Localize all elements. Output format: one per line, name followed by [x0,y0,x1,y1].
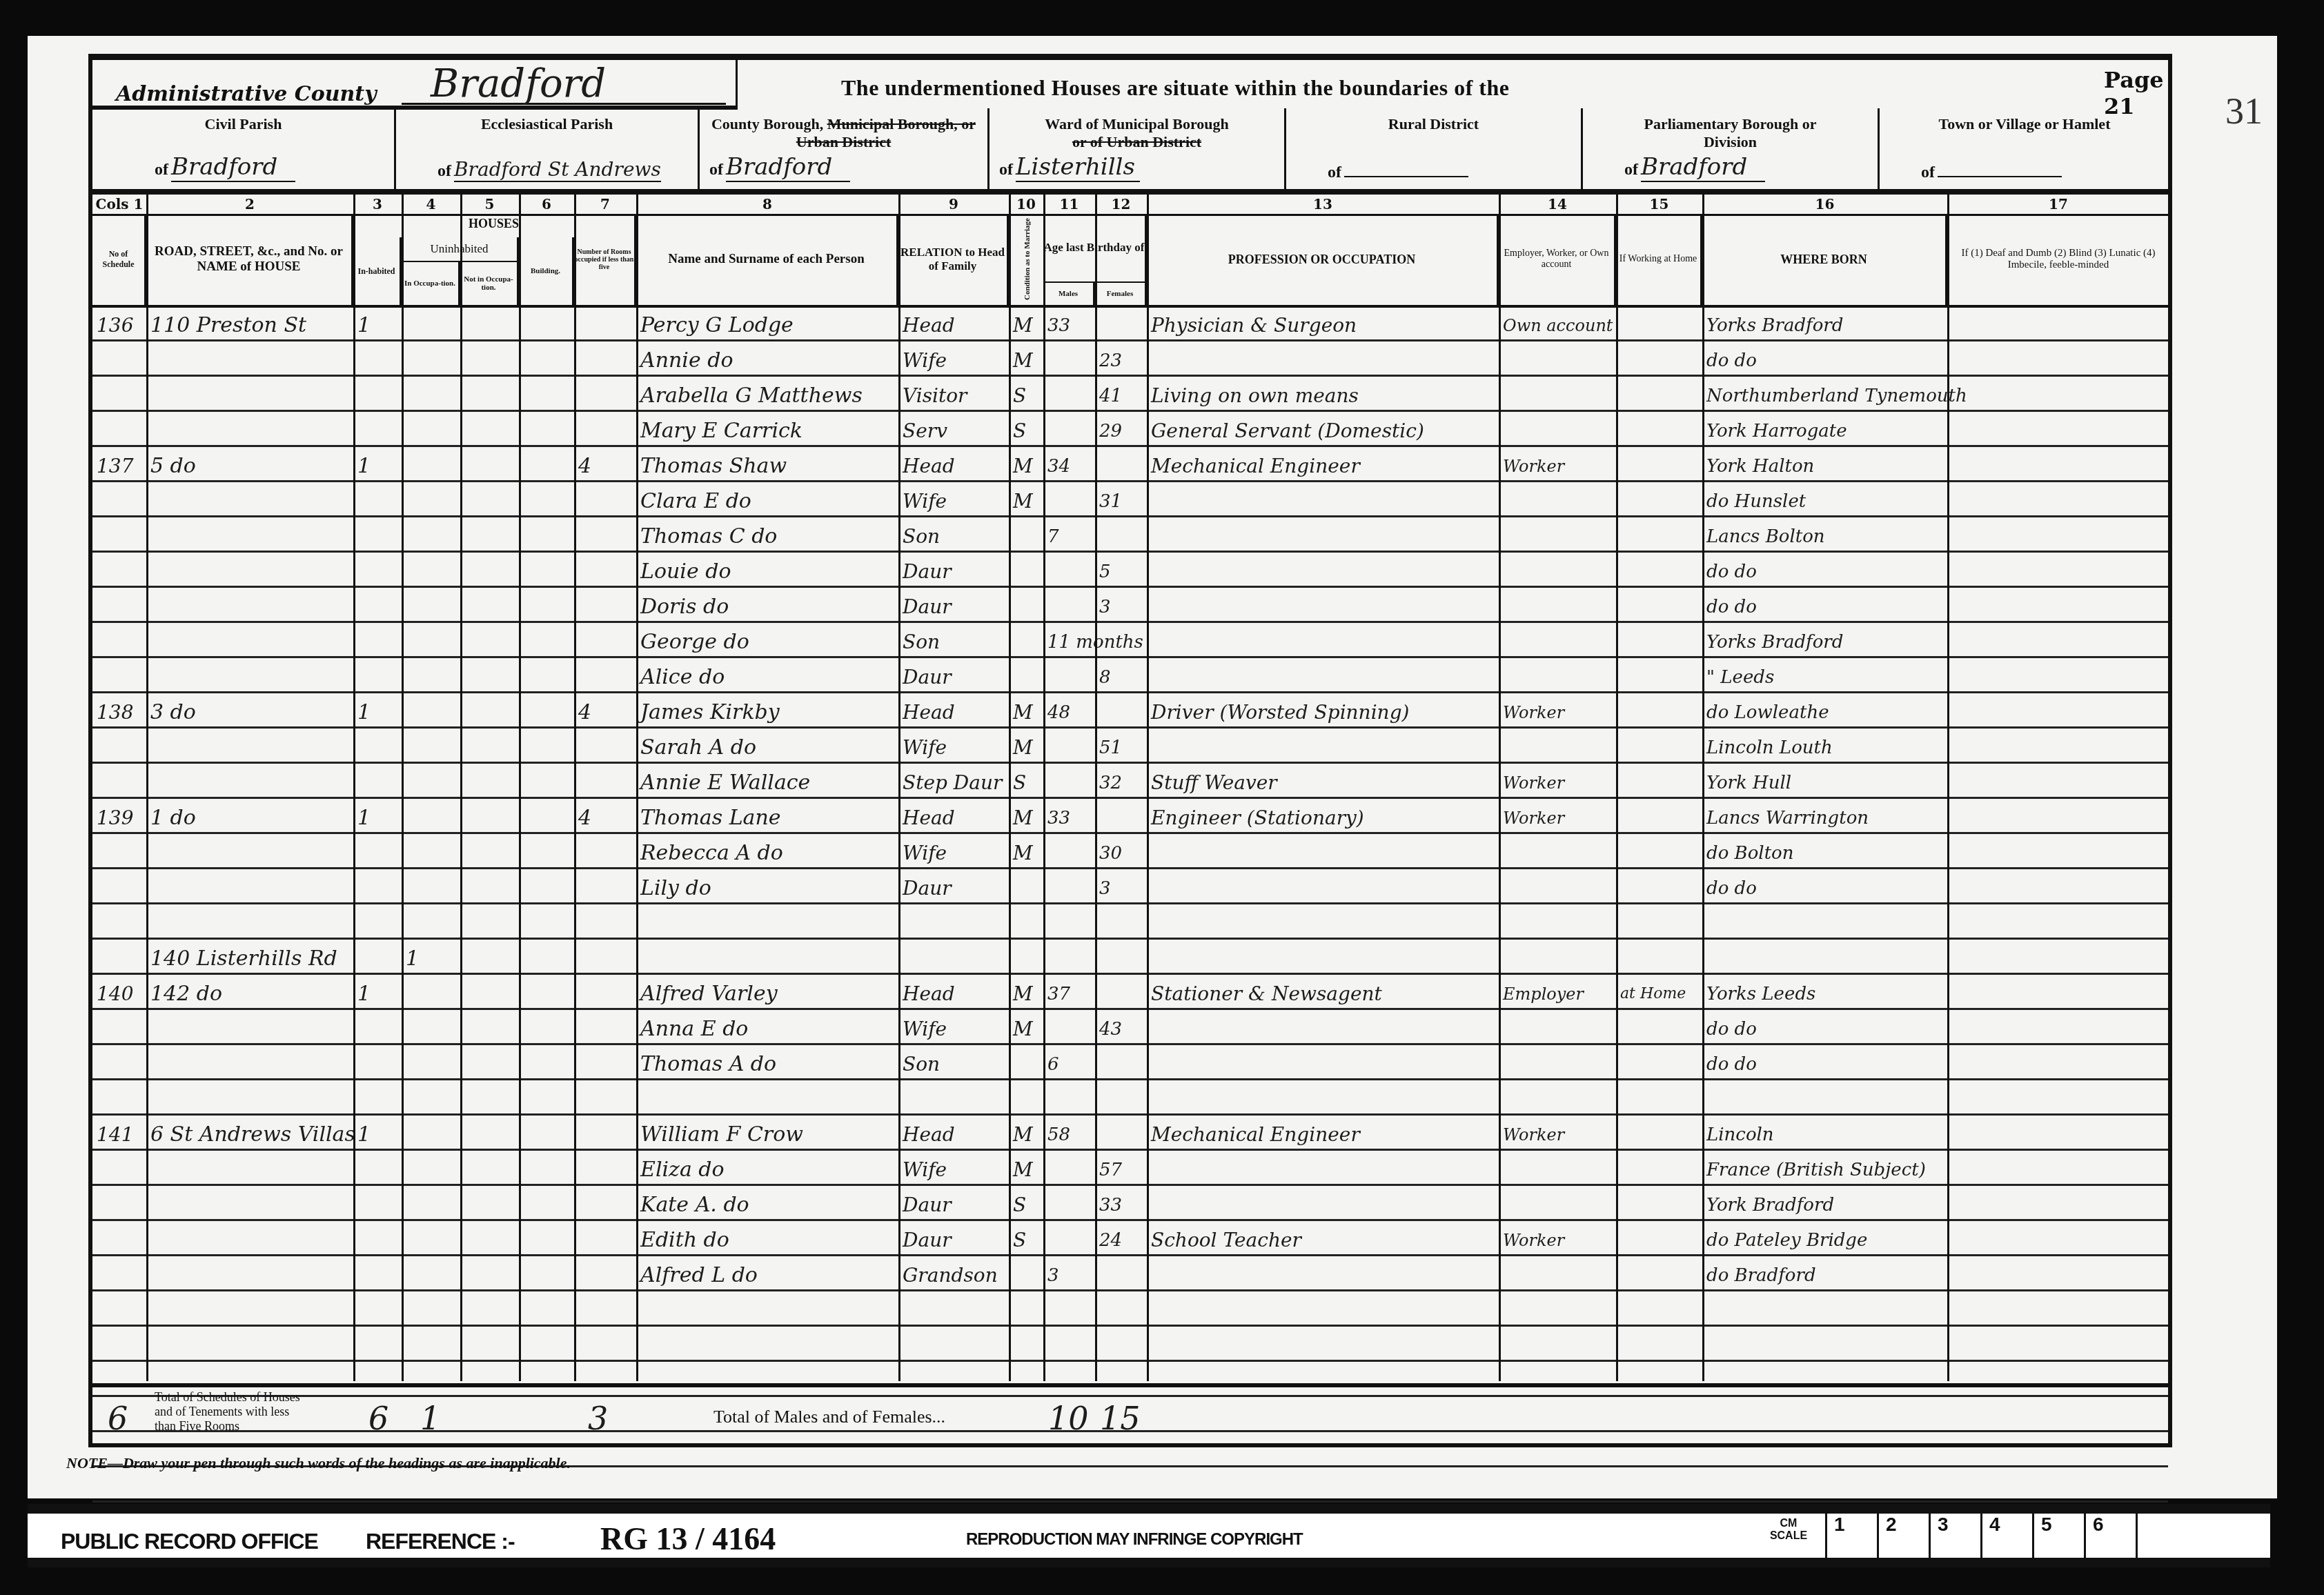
total-inhabited: 6 [368,1400,388,1437]
cell-at-home [1616,658,1702,691]
cell-uninhabited [402,447,460,480]
cell-at-home [1616,447,1702,480]
header-females: Females [1095,283,1147,305]
cell-road [146,588,353,621]
header-inhabited: In-habited [353,237,402,305]
cell-rooms [574,1116,636,1149]
cell-born: do Hunslet [1702,482,1947,515]
column-number: 10 [1009,195,1043,214]
cell-inhabited [353,341,402,375]
cell-schedule [92,341,146,375]
cell-relation: Head [898,1116,1009,1149]
cell-condition: M [1009,447,1043,480]
column-number: 16 [1702,195,1947,214]
cell-condition [1009,1256,1043,1289]
cell-inhabited [353,412,402,445]
cell-born: do do [1702,341,1947,375]
cell-at-home [1616,517,1702,551]
cell-occupation: Physician & Surgeon [1147,306,1499,339]
cell-born [1702,940,1947,973]
district-value: ofBradford [1624,153,1765,182]
column-number: 15 [1616,195,1702,214]
grid-line [1009,195,1011,1381]
scale-mark: 1 [1825,1514,1877,1558]
cell-employer [1499,869,1616,902]
cell-born: Lincoln Louth [1702,729,1947,762]
cell-occupation [1147,834,1499,867]
ecclesiastical-parish-value: Bradford St Andrews [454,158,661,182]
of-label: of [1624,161,1638,179]
cell-inhabited [353,517,402,551]
grid-line [636,195,638,1381]
civil-parish-value: Bradford [171,153,295,182]
cell-male-age: 11 months [1043,623,1095,656]
cell-road [146,623,353,656]
cell-uninhabited [402,377,460,410]
total-females: 15 [1100,1400,1141,1437]
cell-rooms [574,658,636,691]
cell-relation: Wife [898,729,1009,762]
county-borough-label: County Borough, [711,115,823,132]
table-row: Mary E CarrickServS29General Servant (Do… [92,412,2168,447]
cell-employer: Worker [1499,447,1616,480]
cell-employer [1499,341,1616,375]
folio-number: 31 [2225,90,2263,132]
cell-condition: S [1009,1186,1043,1219]
cell-rooms [574,1221,636,1254]
cell-relation: Step Daur [898,764,1009,797]
scale-mark: 2 [1877,1514,1929,1558]
cell-schedule [92,482,146,515]
cell-relation: Son [898,517,1009,551]
cell-occupation: Engineer (Stationary) [1147,799,1499,832]
cell-condition: S [1009,377,1043,410]
cell-relation: Daur [898,658,1009,691]
parliamentary-value: Bradford [1641,153,1765,182]
cell-road [146,377,353,410]
cell-uninhabited [402,1256,460,1289]
cell-uninhabited [402,341,460,375]
town-value [1938,176,2062,177]
table-row: Thomas A doSon6do do [92,1045,2168,1080]
cell-occupation: Stationer & Newsagent [1147,975,1499,1008]
cell-inhabited [353,764,402,797]
cell-occupation [1147,1151,1499,1184]
district-value: of [1328,164,1468,182]
cell-male-age: 48 [1043,693,1095,726]
column-number: 13 [1147,195,1499,214]
header-males: Males [1043,283,1095,305]
cell-rooms [574,1256,636,1289]
record-office-footer: PUBLIC RECORD OFFICE REFERENCE :- RG 13 … [28,1504,2270,1567]
grid-line [898,195,900,1381]
cell-name: Eliza do [636,1151,898,1184]
ward-value: Listerhills [1016,153,1140,182]
header-schedule: No of Schedule [92,214,146,305]
cell-employer [1499,834,1616,867]
cell-male-age [1043,1221,1095,1254]
cell-schedule [92,1010,146,1043]
cell-relation: Daur [898,1221,1009,1254]
header-relation: RELATION to Head of Family [898,214,1009,305]
column-number: 12 [1095,195,1147,214]
cell-schedule [92,553,146,586]
of-label: of [709,161,723,179]
cell-at-home [1616,482,1702,515]
cell-rooms [574,412,636,445]
cell-road: 1 do [146,799,353,832]
cell-schedule [92,658,146,691]
cell-uninhabited [402,412,460,445]
district-value: ofBradford [709,153,850,182]
cell-schedule [92,729,146,762]
cell-born: do do [1702,588,1947,621]
census-form: Administrative County Bradford The under… [88,54,2172,1447]
cell-female-age: 51 [1095,729,1147,762]
cell-occupation [1147,869,1499,902]
cell-relation: Head [898,799,1009,832]
cell-inhabited [353,729,402,762]
cell-at-home [1616,1151,1702,1184]
cell-at-home [1616,412,1702,445]
cell-occupation [1147,517,1499,551]
cell-female-age: 24 [1095,1221,1147,1254]
cell-male-age: 3 [1043,1256,1095,1289]
cell-occupation [1147,1010,1499,1043]
cell-road: 6 St Andrews Villas [146,1116,353,1149]
district-label: Ecclesiastical Parish [396,115,698,133]
cell-inhabited [353,904,402,938]
cell-female-age: 5 [1095,553,1147,586]
cell-at-home [1616,1045,1702,1078]
district-value: ofBradford [155,153,295,182]
cell-condition: M [1009,341,1043,375]
cell-name: Rebecca A do [636,834,898,867]
cell-uninhabited [402,1010,460,1043]
cell-relation [898,904,1009,938]
cell-schedule: 141 [92,1116,146,1149]
cell-rooms: 4 [574,447,636,480]
cell-employer [1499,1151,1616,1184]
cell-name: Edith do [636,1221,898,1254]
cell-at-home [1616,1186,1702,1219]
cell-inhabited [353,869,402,902]
cell-schedule [92,764,146,797]
cell-road: 110 Preston St [146,306,353,339]
cell-road [146,553,353,586]
cell-employer [1499,588,1616,621]
grid-line [1095,195,1097,1381]
cell-male-age [1043,1151,1095,1184]
cell-schedule: 139 [92,799,146,832]
cell-born: do Bolton [1702,834,1947,867]
cell-born: do do [1702,1010,1947,1043]
cell-occupation: Mechanical Engineer [1147,447,1499,480]
scale-mark: 4 [1980,1514,2032,1558]
grid-line [1499,195,1501,1381]
cell-inhabited [353,658,402,691]
cell-rooms [574,517,636,551]
cell-uninhabited [402,1221,460,1254]
table-row: Anna E doWifeM43do do [92,1010,2168,1045]
cell-inhabited [353,1221,402,1254]
cell-uninhabited [402,1186,460,1219]
district-label: Civil Parish [92,115,394,133]
cell-employer [1499,623,1616,656]
cm-scale: 123456 [1825,1514,2187,1558]
district-parliamentary: Parliamentary Borough or Division ofBrad… [1583,108,1880,189]
cell-name: Anna E do [636,1010,898,1043]
cell-employer [1499,412,1616,445]
cell-female-age: 30 [1095,834,1147,867]
cell-schedule [92,517,146,551]
cell-male-age [1043,834,1095,867]
scale-mark: 3 [1929,1514,1980,1558]
rural-district-value [1344,176,1468,177]
table-row [92,1291,2168,1327]
cell-female-age [1095,1256,1147,1289]
column-number: 9 [898,195,1009,214]
cell-rooms [574,588,636,621]
district-label: Town or Village or Hamlet [1880,115,2169,133]
cell-condition: M [1009,1010,1043,1043]
cell-male-age [1043,869,1095,902]
scale-mark-end [2136,1514,2187,1558]
reference-number: RG 13 / 4164 [600,1520,776,1557]
cell-born: do do [1702,553,1947,586]
header-employer: Employer, Worker, or Own account [1499,214,1616,305]
cell-name: Clara E do [636,482,898,515]
cell-employer [1499,1045,1616,1078]
table-row: 140 Listerhills Rd1 [92,940,2168,975]
cell-at-home [1616,1116,1702,1149]
cell-at-home [1616,1010,1702,1043]
struck-label: Municipal Borough, or Urban District [796,115,976,150]
cell-male-age [1043,341,1095,375]
cell-born: Lancs Warrington [1702,799,1947,832]
cell-rooms [574,1010,636,1043]
district-value: ofBradford St Andrews [437,158,661,182]
cell-rooms [574,869,636,902]
cell-name: Thomas C do [636,517,898,551]
cell-inhabited [353,482,402,515]
cell-occupation: Living on own means [1147,377,1499,410]
cell-occupation [1147,729,1499,762]
column-number: 8 [636,195,898,214]
cell-male-age: 34 [1043,447,1095,480]
table-row [92,904,2168,940]
cell-name: James Kirkby [636,693,898,726]
cell-uninhabited [402,658,460,691]
table-row: 1375 do14Thomas ShawHeadM34Mechanical En… [92,447,2168,482]
cell-schedule [92,834,146,867]
column-number: 11 [1043,195,1095,214]
cell-male-age [1043,412,1095,445]
district-value: ofListerhills [999,153,1140,182]
cell-relation: Wife [898,834,1009,867]
cell-inhabited [353,1186,402,1219]
cell-relation [898,940,1009,973]
cell-road [146,1010,353,1043]
county-borough-value: Bradford [726,153,850,182]
cell-inhabited [353,834,402,867]
cell-employer: Worker [1499,799,1616,832]
cell-born: York Bradford [1702,1186,1947,1219]
cell-male-age: 6 [1043,1045,1095,1078]
cell-road: 142 do [146,975,353,1008]
header-occupation: PROFESSION OR OCCUPATION [1147,214,1499,305]
cell-uninhabited: 1 [402,940,460,973]
of-label: of [1328,164,1341,181]
cell-male-age: 33 [1043,799,1095,832]
column-number: 4 [402,195,460,214]
cell-name: Sarah A do [636,729,898,762]
grid-line [1616,195,1618,1381]
cell-road [146,869,353,902]
situate-text: The undermentioned Houses are situate wi… [841,75,1509,101]
cell-born: do do [1702,869,1947,902]
total-males-females-label: Total of Males and of Females... [713,1407,945,1427]
cell-relation: Wife [898,482,1009,515]
cell-male-age: 58 [1043,1116,1095,1149]
cell-employer: Employer [1499,975,1616,1008]
ward-label: Ward of Municipal Borough [1045,115,1229,132]
district-label: Ward of Municipal Boroughor of Urban Dis… [989,115,1284,151]
header-building: Building. [519,237,574,305]
cell-occupation: Mechanical Engineer [1147,1116,1499,1149]
cell-schedule [92,1256,146,1289]
cell-inhabited: 1 [353,306,402,339]
cell-occupation [1147,482,1499,515]
cell-at-home [1616,553,1702,586]
cell-uninhabited [402,1116,460,1149]
cell-condition [1009,869,1043,902]
cell-occupation [1147,341,1499,375]
cell-at-home [1616,377,1702,410]
cell-at-home [1616,588,1702,621]
cell-rooms [574,834,636,867]
cell-male-age [1043,729,1095,762]
cell-inhabited [353,1045,402,1078]
cell-relation: Head [898,306,1009,339]
table-row: Sarah A doWifeM51Lincoln Louth [92,729,2168,764]
cell-name: Annie do [636,341,898,375]
column-numbers: Cols 1234567891011121314151617 [92,195,2168,216]
cell-female-age [1095,1080,1147,1113]
table-row: Clara E doWifeM31do Hunslet [92,482,2168,517]
total-schedules: 6 [108,1400,128,1437]
cell-road [146,1221,353,1254]
cell-condition: M [1009,975,1043,1008]
cell-occupation [1147,623,1499,656]
cell-born: York Harrogate [1702,412,1947,445]
cell-schedule [92,1221,146,1254]
cell-relation: Daur [898,553,1009,586]
of-label: of [437,162,451,180]
cell-relation: Visitor [898,377,1009,410]
cell-occupation [1147,553,1499,586]
table-row: Eliza doWifeM57France (British Subject) [92,1151,2168,1186]
total-males: 10 [1048,1400,1089,1437]
cell-relation: Serv [898,412,1009,445]
form-header: Administrative County Bradford The under… [92,60,2168,108]
cell-uninhabited [402,517,460,551]
cell-name [636,904,898,938]
cell-rooms [574,553,636,586]
cell-rooms [574,1080,636,1113]
cell-at-home [1616,834,1702,867]
cell-born: Lancs Bolton [1702,517,1947,551]
cell-relation [898,1080,1009,1113]
cell-female-age: 41 [1095,377,1147,410]
cell-born: York Hull [1702,764,1947,797]
cell-condition [1009,623,1043,656]
administrative-county-value: Bradford [431,61,606,106]
cell-male-age: 37 [1043,975,1095,1008]
cell-rooms [574,904,636,938]
table-row: Louie doDaur5do do [92,553,2168,588]
cell-occupation [1147,940,1499,973]
table-row: 140142 do1Alfred VarleyHeadM37Stationer … [92,975,2168,1010]
cell-male-age [1043,658,1095,691]
cell-born: Yorks Bradford [1702,623,1947,656]
column-headers: No of Schedule ROAD, STREET, &c., and No… [92,214,2168,308]
cell-male-age [1043,940,1095,973]
cell-condition: M [1009,799,1043,832]
cell-inhabited [353,588,402,621]
cell-male-age [1043,482,1095,515]
cell-born: do Bradford [1702,1256,1947,1289]
cell-female-age: 29 [1095,412,1147,445]
cell-condition: M [1009,693,1043,726]
cell-name: Alice do [636,658,898,691]
district-label: Parliamentary Borough or Division [1641,115,1820,151]
cell-schedule [92,588,146,621]
cell-at-home [1616,729,1702,762]
cell-occupation [1147,1045,1499,1078]
cell-uninhabited [402,729,460,762]
cell-condition: M [1009,482,1043,515]
cell-male-age [1043,588,1095,621]
header-where-born: WHERE BORN [1702,214,1947,305]
cell-road: 140 Listerhills Rd [146,940,353,973]
of-label: of [999,161,1013,179]
cell-condition [1009,940,1043,973]
district-row: Civil Parish ofBradford Ecclesiastical P… [92,108,2168,195]
cell-employer [1499,658,1616,691]
totals-row: 6 Total of Schedules of Houses and of Te… [92,1383,2168,1454]
column-number: 5 [460,195,519,214]
cell-inhabited [353,1080,402,1113]
grid-line [519,195,521,1381]
cell-uninhabited [402,553,460,586]
cell-at-home [1616,1221,1702,1254]
district-town: Town or Village or Hamlet of [1880,108,2169,189]
cell-road [146,1151,353,1184]
cell-name: Mary E Carrick [636,412,898,445]
cell-employer [1499,1256,1616,1289]
reference-label: REFERENCE :- [366,1529,515,1554]
table-row: George doSon11 monthsYorks Bradford [92,623,2168,658]
district-label: County Borough, Municipal Borough, or Ur… [700,115,987,151]
cell-inhabited: 1 [353,693,402,726]
cell-employer [1499,1010,1616,1043]
header-road: ROAD, STREET, &c., and No. or NAME of HO… [146,214,353,305]
cell-road [146,517,353,551]
cell-uninhabited [402,306,460,339]
header-not-in-occupation: Not in Occupa-tion. [460,262,519,305]
table-row: 136110 Preston St1Percy G LodgeHeadM33Ph… [92,306,2168,341]
